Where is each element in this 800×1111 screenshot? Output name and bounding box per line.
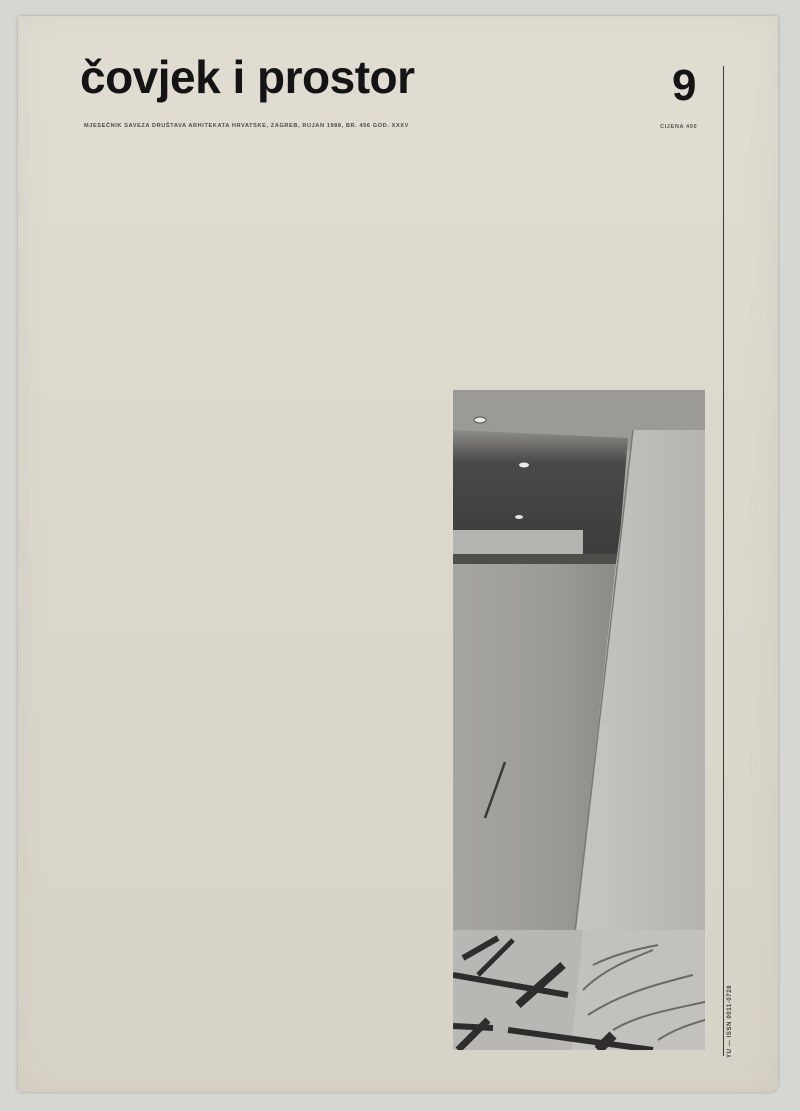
vertical-rule [723,66,724,1056]
magazine-title: čovjek i prostor [80,54,415,100]
magazine-subtitle: MJESEČNIK SAVEZA DRUŠTAVA ARHITEKATA HRV… [84,123,409,129]
issn-label: YU — ISSN 0011-0728 [727,985,733,1058]
interior-photo-image [453,390,705,1050]
price-label: CIJENA 400 [660,124,697,130]
issue-number: 9 [672,64,696,108]
cover-photo [453,390,705,1050]
